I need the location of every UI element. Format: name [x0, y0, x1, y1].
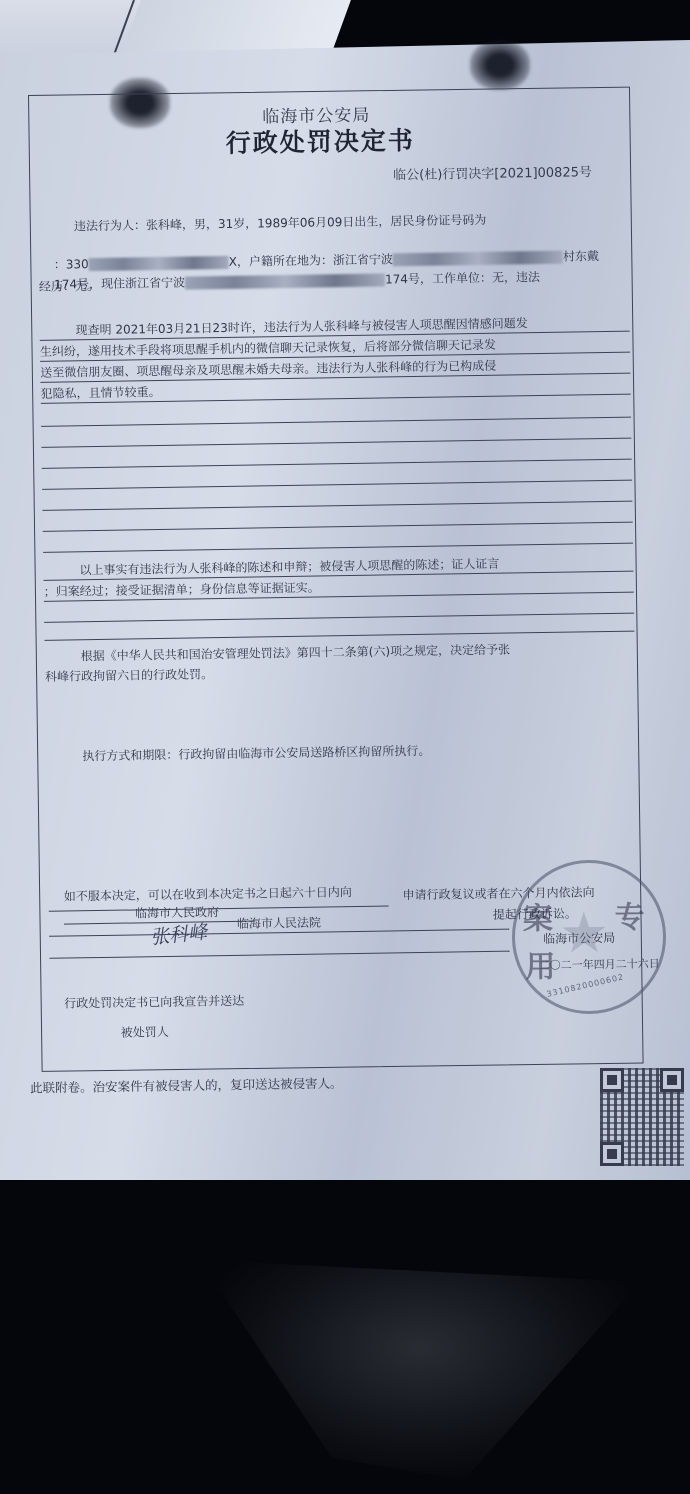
issuing-agency: 临海市公安局	[262, 107, 370, 127]
qr-code	[600, 1068, 684, 1166]
redaction-blur	[470, 40, 530, 90]
signer-label: 被处罚人	[121, 1022, 201, 1041]
seal-mark: 专	[614, 892, 645, 936]
seal-star-icon: ★	[558, 901, 609, 967]
document-number: 临公(杜)行罚决字[2021]00825号	[393, 164, 592, 185]
seal-code: 3310820000602	[546, 972, 625, 998]
qr-finder-icon	[600, 1142, 624, 1166]
seal-mark: 案	[522, 894, 553, 938]
document-title: 行政处罚决定书	[226, 132, 415, 153]
qr-finder-icon	[660, 1068, 684, 1092]
qr-finder-icon	[600, 1068, 624, 1092]
appeal-text: 如不服本决定，可以在收到本决定书之日起六十日内向	[64, 885, 352, 904]
seal-mark: 用	[525, 942, 556, 986]
